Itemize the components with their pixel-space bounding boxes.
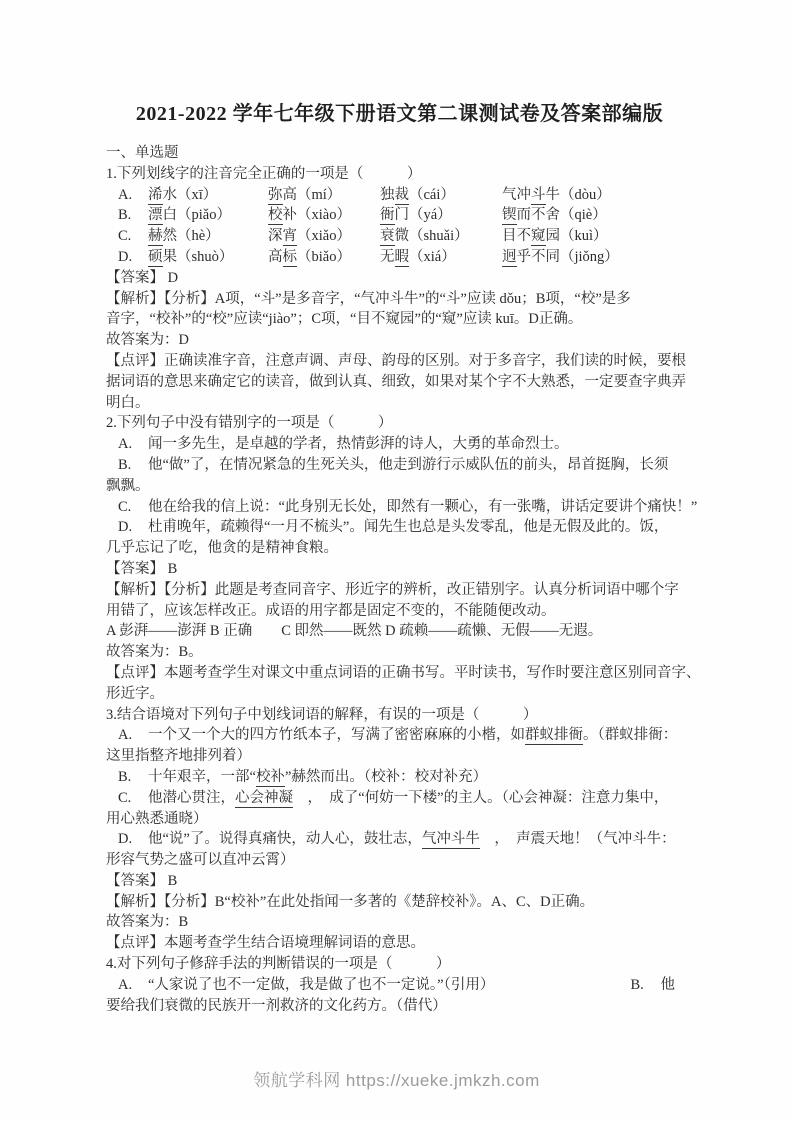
q2-option-d: D.杜甫晚年，疏赖得“一月不梳头”。闻先生也总是头发零乱，他是无假及此的。饭， [106, 517, 693, 538]
q3-answer: 【答案】 B [106, 871, 693, 892]
q2-comment-1: 【点评】本题考查学生对课文中重点词语的正确书写。平时读书，写作时要注意区别同音字… [106, 663, 693, 684]
test-paper-page: 2021-2022 学年七年级下册语文第二课测试卷及答案部编版 一、单选题1.下… [0, 0, 793, 1122]
page-title: 2021-2022 学年七年级下册语文第二课测试卷及答案部编版 [106, 101, 693, 127]
q3-option-d-cont: 形容气势之盛可以直冲云霄） [106, 850, 693, 871]
q3-analysis-1: 【解析】【分析】B“校补”在此处指闻一多著的《楚辞校补》。A、C、D正确。 [106, 892, 693, 913]
q1-comment-1: 【点评】正确读准字音，注意声调、声母、韵母的区别。对于多音字，我们读的时候，要根 [106, 351, 693, 372]
q1-analysis-1: 【解析】【分析】A项，“斗”是多音字，“气冲斗牛”的“斗”应读 dǒu；B项，“… [106, 289, 693, 310]
q4-stem: 4.对下列句子修辞手法的判断错误的一项是（ ） [106, 954, 693, 975]
q2-analysis-1: 【解析】【分析】此题是考查同音字、形近字的辨析，改正错别字。认真分析词语中哪个字 [106, 580, 693, 601]
q1-stem: 1.下列划线字的注音完全正确的一项是（ ） [106, 164, 693, 185]
q1-option-a: A.浠水（xī）弥高（mí）独裁（cái）气冲斗牛（dòu） [106, 185, 693, 206]
q2-comment-2: 形近字。 [106, 684, 693, 705]
q2-answer: 【答案】 B [106, 559, 693, 580]
q2-option-b: B.他“做”了，在情况紧急的生死关头，他走到游行示威队伍的前头，昂首挺胸，长须 [106, 455, 693, 476]
q3-option-d: D.他“说”了。说得真痛快，动人心，鼓壮志，气冲斗牛 ， 声震天地！（气冲斗牛： [106, 829, 693, 850]
q4-option-b-cont: 要给我们衰微的民族开一剂救济的文化药方。（借代） [106, 996, 693, 1017]
q3-option-a: A.一个又一个大的四方竹纸本子，写满了密密麻麻的小楷，如群蚁排衙。（群蚁排衙： [106, 725, 693, 746]
q2-option-b-cont: 飘飘。 [106, 476, 693, 497]
q3-option-a-cont: 这里指整齐地排列着） [106, 746, 693, 767]
section-heading: 一、单选题 [106, 143, 693, 164]
q2-option-a: A.闻一多先生，是卓越的学者，热情彭湃的诗人，大勇的革命烈士。 [106, 434, 693, 455]
q3-stem: 3.结合语境对下列句子中划线词语的解释，有误的一项是（ ） [106, 705, 693, 726]
q1-option-d: D.硕果（shuò）高标（biǎo）无暇（xiá）迥乎不同（jiǒng） [106, 247, 693, 268]
q3-answer-restate: 故答案为：B [106, 912, 693, 933]
q1-answer-restate: 故答案为：D [106, 330, 693, 351]
q2-answer-restate: 故答案为：B。 [106, 642, 693, 663]
q3-option-c: C.他潜心贯注，心会神凝 ， 成了“何妨一下楼”的主人。（心会神凝：注意力集中， [106, 788, 693, 809]
q2-option-d-cont: 几乎忘记了吃，他贪的是精神食粮。 [106, 538, 693, 559]
document-content: 2021-2022 学年七年级下册语文第二课测试卷及答案部编版 一、单选题1.下… [0, 0, 793, 1016]
q2-option-c: C.他在给我的信上说：“此身别无长处，即然有一颗心，有一张嘴，讲话定要讲个痛快！… [106, 497, 693, 518]
q2-stem: 2.下列句子中没有错别字的一项是（ ） [106, 413, 693, 434]
q3-option-c-cont: 用心熟悉通晓） [106, 809, 693, 830]
document-body: 一、单选题1.下列划线字的注音完全正确的一项是（ ）A.浠水（xī）弥高（mí）… [106, 143, 693, 1016]
watermark-footer: 领航学科网 https://xueke.jmkzh.com [0, 1066, 793, 1091]
q4-options-ab: A.“人家说了也不一定做，我是做了也不一定说。”（引用）B.他 [106, 975, 693, 996]
q1-option-c: C.赫然（hè）深宵（xiǎo）衰微（shuǎi）目不窥园（kuì） [106, 226, 693, 247]
q1-comment-3: 明白。 [106, 393, 693, 414]
q3-comment-1: 【点评】本题考查学生结合语境理解词语的意思。 [106, 933, 693, 954]
q1-answer: 【答案】 D [106, 268, 693, 289]
q1-comment-2: 据词语的意思来确定它的读音，做到认真、细致，如果对某个字不大熟悉，一定要查字典弄 [106, 372, 693, 393]
q1-analysis-2: 音字，“校补”的“校”应读“jiào”；C项，“目不窥园”的“窥”应读 kuī。… [106, 309, 693, 330]
q2-analysis-2: 用错了，应该怎样改正。成语的用字都是固定不变的，不能随便改动。 [106, 601, 693, 622]
q2-analysis-3: A 彭湃——澎湃 B 正确 C 即然——既然 D 疏赖——疏懒、无假——无遐。 [106, 621, 693, 642]
q3-option-b: B.十年艰辛，一部“校补”赫然而出。（校补：校对补充） [106, 767, 693, 788]
q1-option-b: B.漂白（piǎo）校补（xiào）衙门（yá）锲而不舍（qiè） [106, 205, 693, 226]
